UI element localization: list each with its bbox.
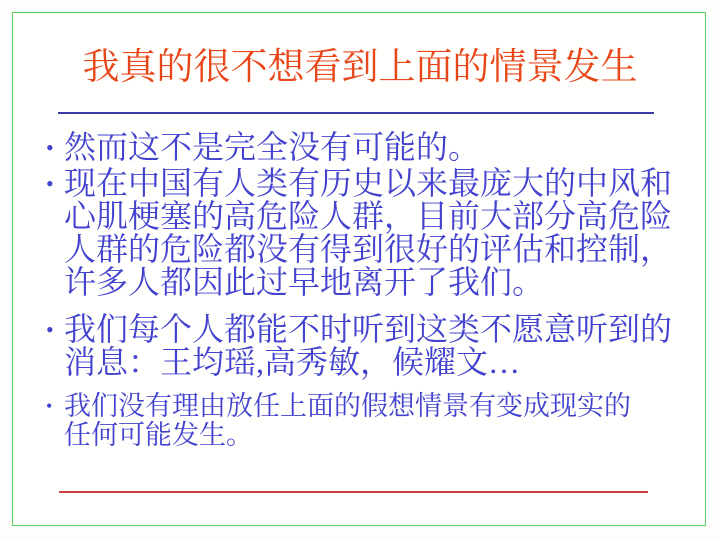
- bullet-list: • 然而这不是完全没有可能的。 • 现在中国有人类有历史以来最庞大的中风和 心肌…: [46, 124, 706, 450]
- bullet-dot-icon: •: [46, 313, 64, 346]
- bullet-text: 现在中国有人类有历史以来最庞大的中风和 心肌梗塞的高危险人群，目前大部分高危险 …: [64, 167, 706, 299]
- bullet-dot-icon: •: [46, 392, 64, 421]
- slide-title: 我真的很不想看到上面的情景发生: [0, 44, 720, 92]
- bullet-dot-icon: •: [46, 131, 64, 164]
- bullet-text: 我们没有理由放任上面的假想情景有变成现实的 任何可能发生。: [64, 392, 706, 450]
- bottom-rule: [59, 491, 648, 493]
- bullet-item: • 现在中国有人类有历史以来最庞大的中风和 心肌梗塞的高危险人群，目前大部分高危…: [46, 167, 706, 299]
- bullet-text: 我们每个人都能不时听到这类不愿意听到的 消息：王均瑶,高秀敏，候耀文…: [64, 313, 706, 379]
- bullet-text: 然而这不是完全没有可能的。: [64, 131, 706, 164]
- title-underline-rule: [58, 112, 654, 114]
- bullet-item: • 我们没有理由放任上面的假想情景有变成现实的 任何可能发生。: [46, 392, 706, 450]
- slide: 我真的很不想看到上面的情景发生 • 然而这不是完全没有可能的。 • 现在中国有人…: [0, 0, 720, 540]
- bullet-item: • 我们每个人都能不时听到这类不愿意听到的 消息：王均瑶,高秀敏，候耀文…: [46, 313, 706, 379]
- bullet-item: • 然而这不是完全没有可能的。: [46, 131, 706, 164]
- bullet-dot-icon: •: [46, 167, 64, 200]
